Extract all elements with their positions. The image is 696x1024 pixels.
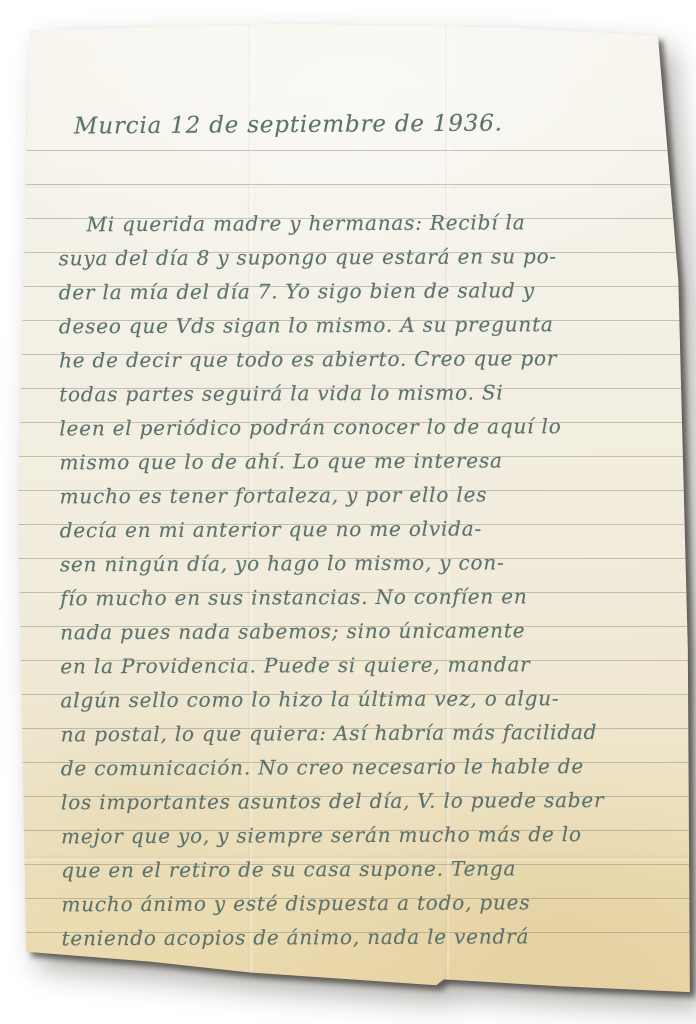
handwritten-line: todas partes seguirá la vida lo mismo. S…: [59, 375, 675, 412]
handwritten-line: der la mía del día 7. Yo sigo bien de sa…: [59, 273, 675, 310]
handwritten-line: suya del día 8 y supongo que estará en s…: [59, 239, 675, 276]
date-line: Murcia 12 de septiembre de 1936.: [74, 111, 503, 140]
handwritten-line: mismo que lo de ahí. Lo que me interesa: [59, 443, 675, 480]
horizontal-fold-crease-top: [16, 184, 696, 192]
handwritten-line: en la Providencia. Puede si quiere, mand…: [60, 647, 676, 684]
handwritten-line: teniendo acopios de ánimo, nada le vendr…: [61, 919, 677, 956]
handwritten-line: algún sello como lo hizo la última vez, …: [60, 681, 676, 718]
page-background: Murcia 12 de septiembre de 1936. Mi quer…: [0, 0, 696, 1024]
handwritten-line: leen el periódico podrán conocer lo de a…: [59, 409, 675, 446]
handwritten-line: fío mucho en sus instancias. No confíen …: [60, 579, 676, 616]
handwritten-line: de comunicación. No creo necesario le ha…: [61, 749, 677, 786]
handwritten-line: mucho ánimo y esté dispuesta a todo, pue…: [61, 885, 677, 922]
handwritten-line: nada pues nada sabemos; sino únicamente: [60, 613, 676, 650]
handwritten-line: na postal, lo que quiera: Así habría más…: [61, 715, 677, 752]
letter-body: Mi querida madre y hermanas: Recibí la s…: [58, 205, 677, 956]
letter-paper-shadow: Murcia 12 de septiembre de 1936. Mi quer…: [16, 16, 696, 1000]
handwritten-line: deseo que Vds sigan lo mismo. A su pregu…: [59, 307, 675, 344]
handwritten-line: mejor que yo, y siempre serán mucho más …: [61, 817, 677, 854]
handwritten-line: Mi querida madre y hermanas: Recibí la: [58, 205, 674, 242]
handwritten-line: mucho es tener fortaleza, y por ello les: [60, 477, 676, 514]
handwritten-line: los importantes asuntos del día, V. lo p…: [61, 783, 677, 820]
handwritten-line: he de decir que todo es abierto. Creo qu…: [59, 341, 675, 378]
handwritten-line: sen ningún día, yo hago lo mismo, y con-: [60, 545, 676, 582]
handwritten-line: que en el retiro de su casa supone. Teng…: [61, 851, 677, 888]
handwritten-line: decía en mi anterior que no me olvida-: [60, 511, 676, 548]
letter-paper: Murcia 12 de septiembre de 1936. Mi quer…: [16, 16, 696, 1000]
